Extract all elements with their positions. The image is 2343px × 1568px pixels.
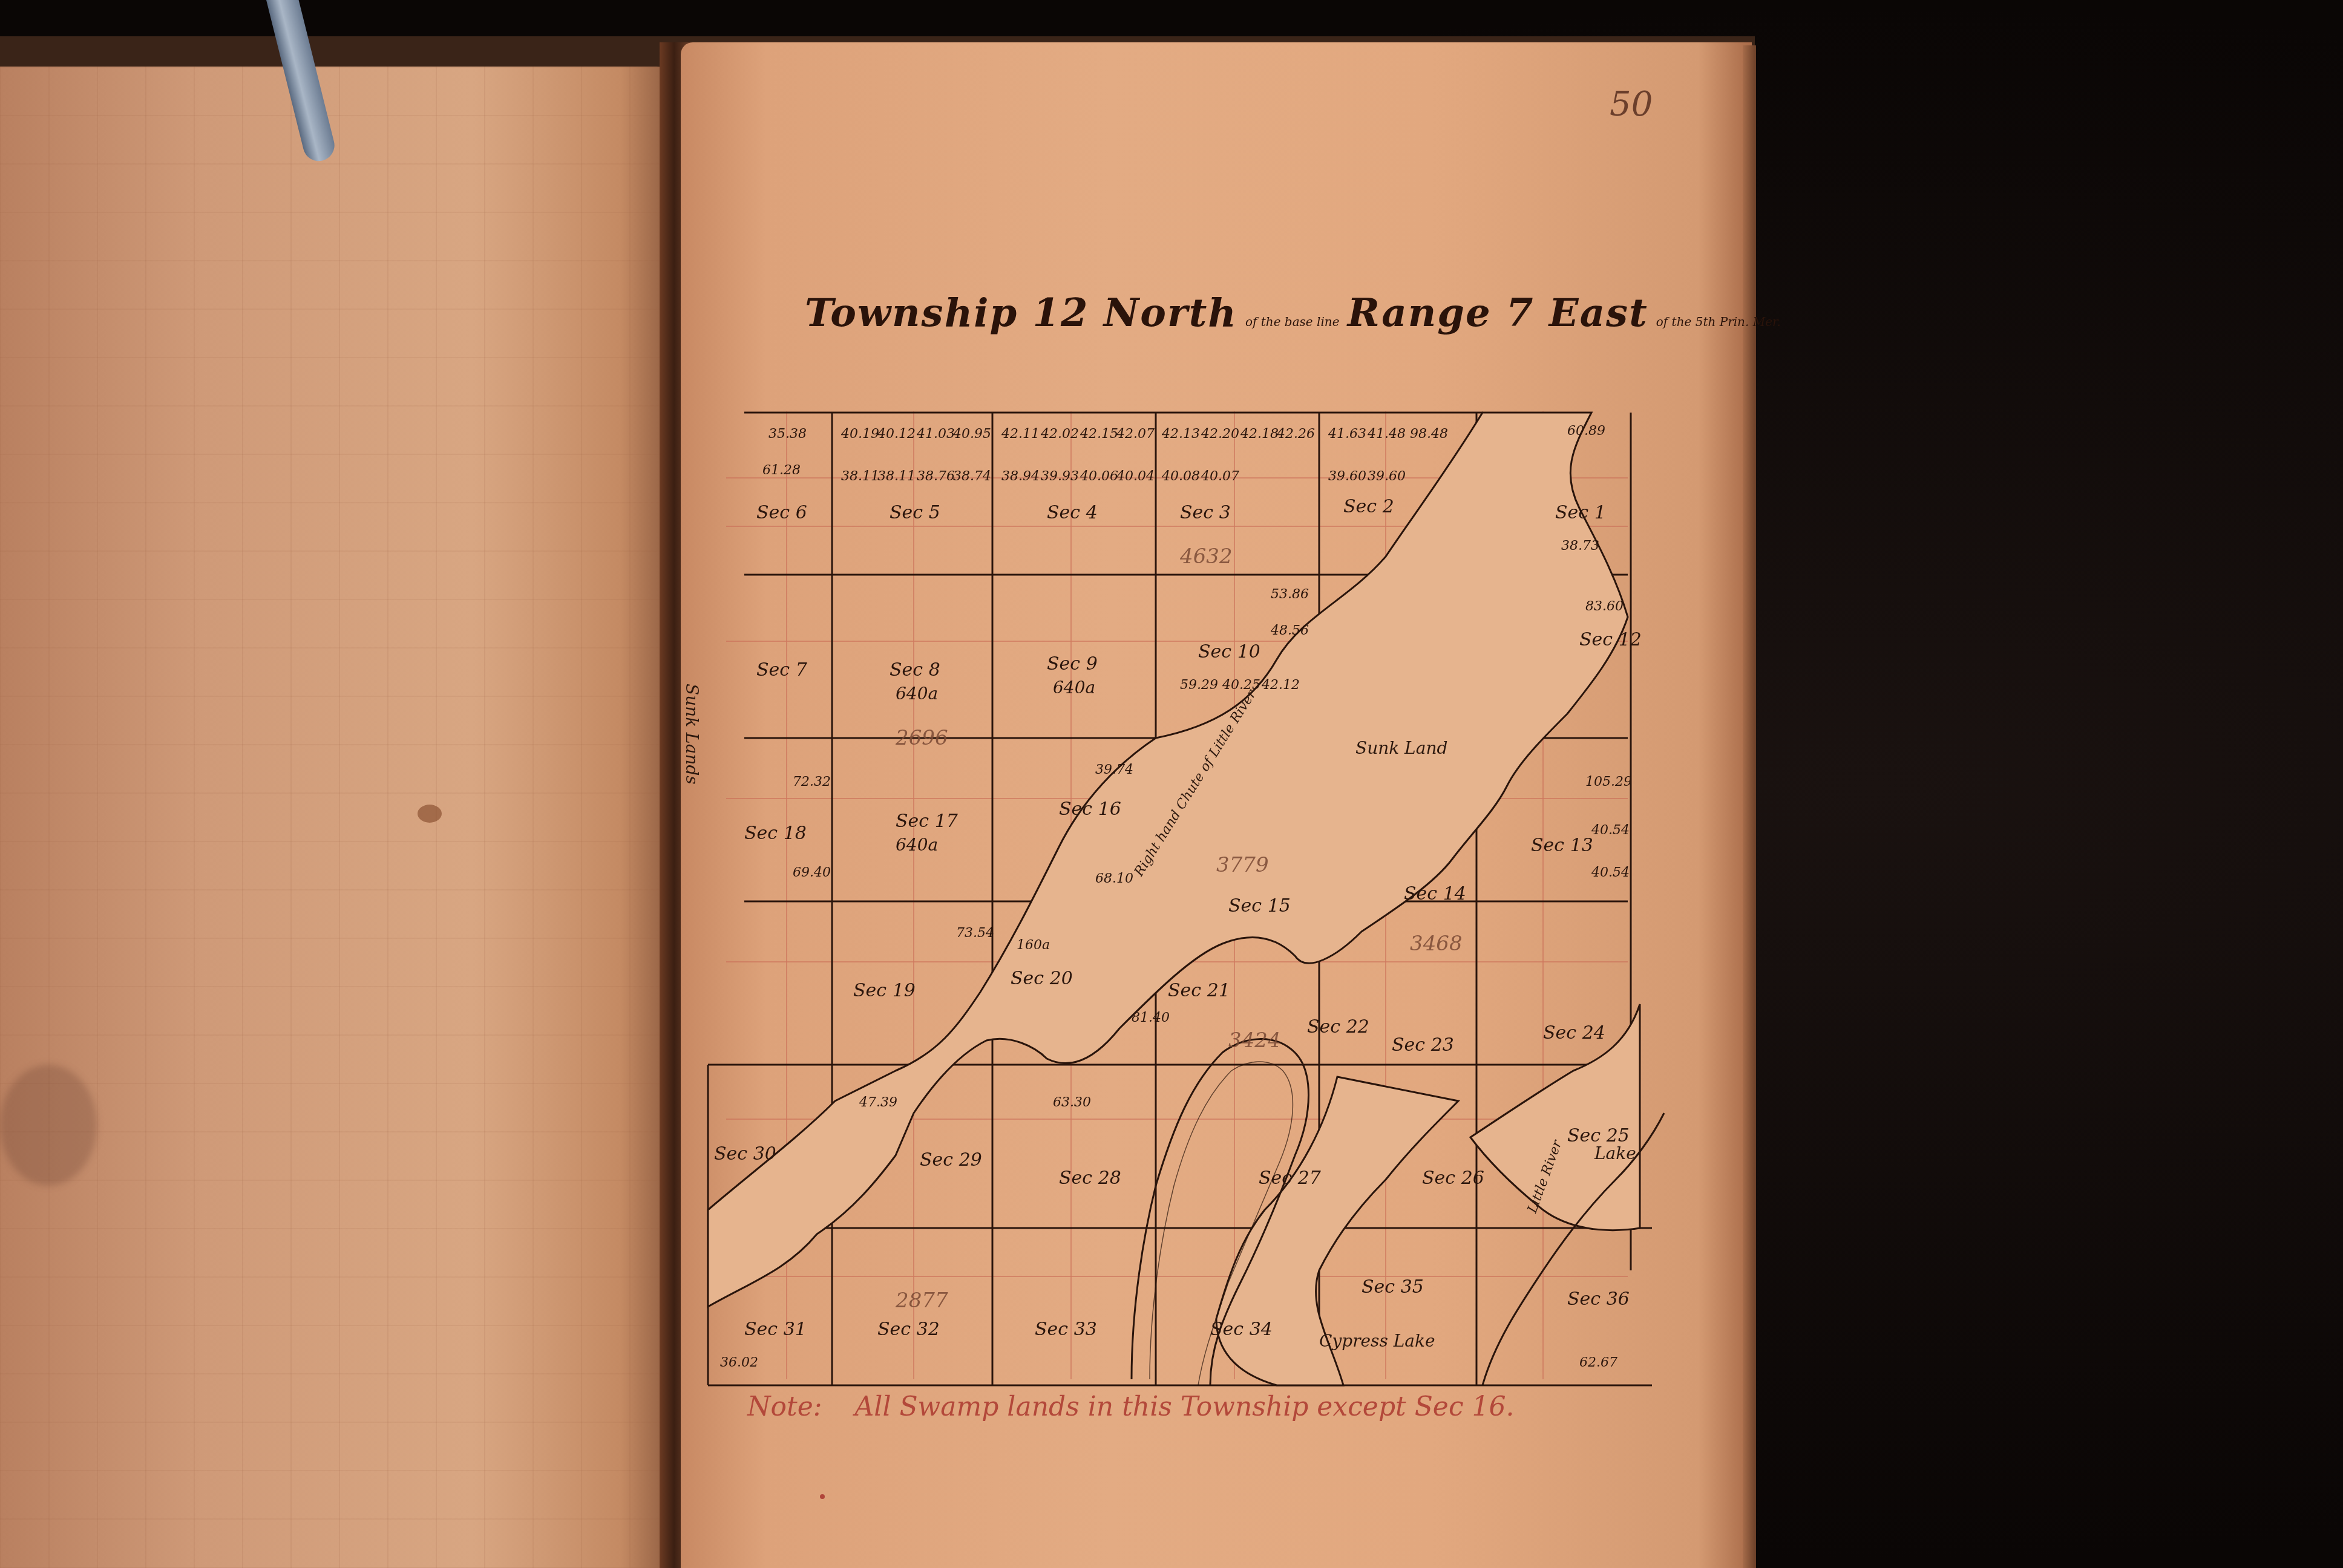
acreage-sec20-b: 160a	[1017, 938, 1050, 953]
acreage-sec17: 640a	[896, 835, 938, 855]
acreage-sec6-b: 61.28	[762, 463, 801, 478]
acreage-sec5-d: 40.95	[953, 426, 991, 442]
acreage-sec2-c: 98.48	[1410, 426, 1448, 442]
acreage-sec13-a: 105.29	[1585, 774, 1632, 789]
label-sunk-lands-left: Sunk Lands	[682, 684, 702, 785]
acreage-sec4-e: 38.94	[1001, 469, 1040, 484]
acreage-sec6-a: 35.38	[768, 426, 807, 442]
acreage-sec4-c: 42.15	[1080, 426, 1118, 442]
section-label-25: Sec 25	[1567, 1125, 1630, 1146]
title-range: Range 7 East	[1348, 290, 1648, 336]
section-label-7: Sec 7	[756, 659, 807, 681]
acreage-sec3-c: 42.18	[1240, 426, 1279, 442]
section-label-26: Sec 26	[1422, 1168, 1484, 1189]
section-label-17: Sec 17	[896, 811, 958, 832]
map-title: Township 12 North of the base line Range…	[805, 290, 1591, 336]
section-label-5: Sec 5	[890, 502, 940, 523]
acreage-sec4-b: 42.02	[1041, 426, 1079, 442]
acreage-sec5-h: 38.74	[953, 469, 991, 484]
acreage-sec2-a: 41.63	[1328, 426, 1366, 442]
acreage-sec5-b: 40.12	[877, 426, 916, 442]
note-prefix: Note:	[747, 1391, 822, 1422]
pencil-note-2877: 2877	[896, 1289, 948, 1313]
acreage-sec2-e: 39.60	[1368, 469, 1406, 484]
pencil-note-2696: 2696	[896, 726, 948, 750]
section-label-12: Sec 12	[1579, 629, 1642, 650]
section-label-16: Sec 16	[1059, 799, 1121, 820]
red-ink-dot	[820, 1494, 825, 1499]
note-text: All Swamp lands in this Township except …	[855, 1391, 1515, 1422]
acreage-sec29-a: 47.39	[859, 1095, 897, 1110]
acreage-sec36-h: 62.67	[1579, 1355, 1617, 1370]
section-label-31: Sec 31	[744, 1319, 807, 1340]
section-label-30: Sec 30	[714, 1143, 776, 1165]
township-plat-map: Sunk Lands Sunk Land Right hand Chute of…	[696, 399, 1676, 1391]
section-label-14: Sec 14	[1404, 883, 1466, 904]
bleed-through-marks	[0, 1065, 97, 1186]
section-label-32: Sec 32	[877, 1319, 940, 1340]
pencil-note-3779: 3779	[1216, 853, 1269, 877]
acreage-sec16-f: 68.10	[1095, 871, 1133, 886]
section-label-10: Sec 10	[1198, 641, 1260, 662]
section-label-19: Sec 19	[853, 980, 916, 1001]
acreage-sec28-a: 63.30	[1053, 1095, 1091, 1110]
pencil-note-4632: 4632	[1180, 544, 1233, 569]
acreage-sec10-e: 40.25	[1222, 678, 1260, 693]
acreage-sec10-b: 53.86	[1271, 587, 1309, 602]
acreage-sec5-e: 38.11	[841, 469, 879, 484]
acreage-sec18-b: 69.40	[793, 865, 831, 880]
section-label-15: Sec 15	[1228, 895, 1291, 916]
section-label-21: Sec 21	[1168, 980, 1230, 1001]
section-label-18: Sec 18	[744, 823, 807, 844]
acreage-sec3-a: 42.13	[1162, 426, 1200, 442]
pencil-note-3468: 3468	[1410, 932, 1463, 956]
section-label-23: Sec 23	[1392, 1034, 1454, 1056]
page-stack-edge	[1743, 45, 1756, 1568]
section-label-4: Sec 4	[1047, 502, 1098, 523]
acreage-sec10-d: 59.29	[1180, 678, 1218, 693]
section-label-33: Sec 33	[1035, 1319, 1097, 1340]
acreage-sec2-d: 39.60	[1328, 469, 1366, 484]
acreage-sec1-f: 38.73	[1561, 538, 1599, 554]
section-label-3: Sec 3	[1180, 502, 1231, 523]
title-township: Township 12 North	[805, 290, 1237, 336]
section-label-36: Sec 36	[1567, 1289, 1630, 1310]
section-label-8: Sec 8	[890, 659, 940, 681]
stain-spot	[418, 805, 442, 823]
label-cypress-lake: Cypress Lake	[1319, 1331, 1435, 1351]
acreage-sec9: 640a	[1053, 678, 1095, 697]
section-label-2: Sec 2	[1343, 496, 1394, 517]
acreage-sec20-a: 73.54	[956, 926, 994, 941]
section-label-35: Sec 35	[1362, 1276, 1424, 1298]
acreage-sec4-d: 42.07	[1116, 426, 1155, 442]
acreage-sec4-f: 39.93	[1041, 469, 1079, 484]
page-number: 50	[1610, 85, 1653, 124]
acreage-sec8: 640a	[896, 684, 938, 704]
acreage-sec5-c: 41.03	[917, 426, 955, 442]
acreage-sec31-d: 36.02	[720, 1355, 758, 1370]
acreage-sec13-c: 40.54	[1591, 823, 1630, 838]
acreage-sec10-f: 42.12	[1262, 678, 1300, 693]
acreage-sec1-a: 60.89	[1567, 423, 1605, 439]
faint-ruled-grid	[0, 67, 675, 1568]
acreage-sec10-c: 48.56	[1271, 623, 1309, 638]
acreage-sec12: 83.60	[1585, 599, 1624, 614]
acreage-sec3-f: 40.07	[1201, 469, 1239, 484]
section-label-6: Sec 6	[756, 502, 807, 523]
acreage-sec3-b: 42.20	[1201, 426, 1239, 442]
acreage-sec5-a: 40.19	[841, 426, 879, 442]
section-label-22: Sec 22	[1307, 1016, 1369, 1037]
acreage-sec16-b: 39.74	[1095, 762, 1133, 777]
section-label-9: Sec 9	[1047, 653, 1098, 675]
acreage-sec3-e: 40.08	[1162, 469, 1200, 484]
section-label-29: Sec 29	[920, 1149, 982, 1171]
section-label-34: Sec 34	[1210, 1319, 1273, 1340]
acreage-sec3-d: 42.26	[1277, 426, 1315, 442]
section-label-1: Sec 1	[1555, 502, 1606, 523]
section-label-27: Sec 27	[1259, 1168, 1321, 1189]
left-page	[0, 67, 675, 1568]
water-bodies	[708, 413, 1640, 1385]
acreage-sec18-a: 72.32	[793, 774, 831, 789]
acreage-sec5-f: 38.11	[877, 469, 916, 484]
title-baseline: of the base line	[1245, 315, 1340, 329]
red-ink-note: Note: All Swamp lands in this Township e…	[747, 1391, 1515, 1422]
pencil-note-3424: 3424	[1228, 1028, 1281, 1053]
acreage-sec4-a: 42.11	[1001, 426, 1040, 442]
section-label-13: Sec 13	[1531, 835, 1593, 856]
section-label-20: Sec 20	[1011, 968, 1073, 989]
acreage-sec5-g: 38.76	[917, 469, 955, 484]
section-label-28: Sec 28	[1059, 1168, 1121, 1189]
acreage-sec4-h: 40.04	[1116, 469, 1155, 484]
acreage-sec2-b: 41.48	[1368, 426, 1406, 442]
label-sunk-land-center: Sunk Land	[1355, 738, 1447, 758]
acreage-sec13-d: 40.54	[1591, 865, 1630, 880]
section-label-24: Sec 24	[1543, 1022, 1605, 1044]
acreage-sec4-g: 40.06	[1080, 469, 1118, 484]
title-meridian: of the 5th Prin. Mer.	[1656, 315, 1781, 329]
acreage-sec21-d: 81.40	[1132, 1010, 1170, 1025]
